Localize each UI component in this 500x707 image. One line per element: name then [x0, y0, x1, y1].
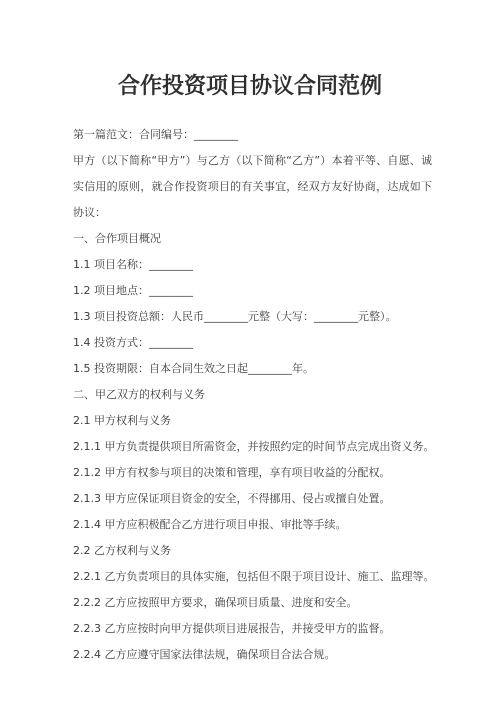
document-body: 第一篇范文：合同编号：________ 甲方（以下简称“甲方”）与乙方（以下简称… — [0, 103, 500, 668]
section-heading-rights-obligations: 二、甲乙双方的权利与义务 — [73, 382, 432, 408]
clause-2-2-4: 2.2.4 乙方应遵守国家法律法规，确保项目合法合规。 — [73, 642, 432, 668]
clause-1-5-investment-term: 1.5 投资期限：自本合同生效之日起________年。 — [73, 356, 432, 382]
clause-1-4-investment-method: 1.4 投资方式：________ — [73, 330, 432, 356]
clause-1-3-total-investment: 1.3 项目投资总额：人民币________元整（大写：________元整）。 — [73, 304, 432, 330]
document-page: 合作投资项目协议合同范例 第一篇范文：合同编号：________ 甲方（以下简称… — [0, 0, 500, 707]
clause-2-1-party-a-rights: 2.1 甲方权利与义务 — [73, 408, 432, 434]
section-heading-project-overview: 一、合作项目概况 — [73, 226, 432, 252]
document-title: 合作投资项目协议合同范例 — [0, 0, 500, 103]
clause-2-2-3: 2.2.3 乙方应按时向甲方提供项目进展报告，并接受甲方的监督。 — [73, 616, 432, 642]
intro-line-contract-number: 第一篇范文：合同编号：________ — [73, 122, 432, 148]
clause-2-2-party-b-rights: 2.2 乙方权利与义务 — [73, 538, 432, 564]
clause-1-1-project-name: 1.1 项目名称：________ — [73, 252, 432, 278]
clause-2-2-1: 2.2.1 乙方负责项目的具体实施，包括但不限于项目设计、施工、监理等。 — [73, 564, 432, 590]
clause-2-2-2: 2.2.2 乙方应按照甲方要求，确保项目质量、进度和安全。 — [73, 590, 432, 616]
clause-2-1-1: 2.1.1 甲方负责提供项目所需资金，并按照约定的时间节点完成出资义务。 — [73, 434, 432, 460]
clause-2-1-4: 2.1.4 甲方应积极配合乙方进行项目申报、审批等手续。 — [73, 512, 432, 538]
preamble-paragraph: 甲方（以下简称“甲方”）与乙方（以下简称“乙方”）本着平等、自愿、诚实信用的原则… — [73, 148, 432, 226]
clause-2-1-2: 2.1.2 甲方有权参与项目的决策和管理，享有项目收益的分配权。 — [73, 460, 432, 486]
clause-1-2-project-location: 1.2 项目地点：________ — [73, 278, 432, 304]
clause-2-1-3: 2.1.3 甲方应保证项目资金的安全，不得挪用、侵占或擅自处置。 — [73, 486, 432, 512]
